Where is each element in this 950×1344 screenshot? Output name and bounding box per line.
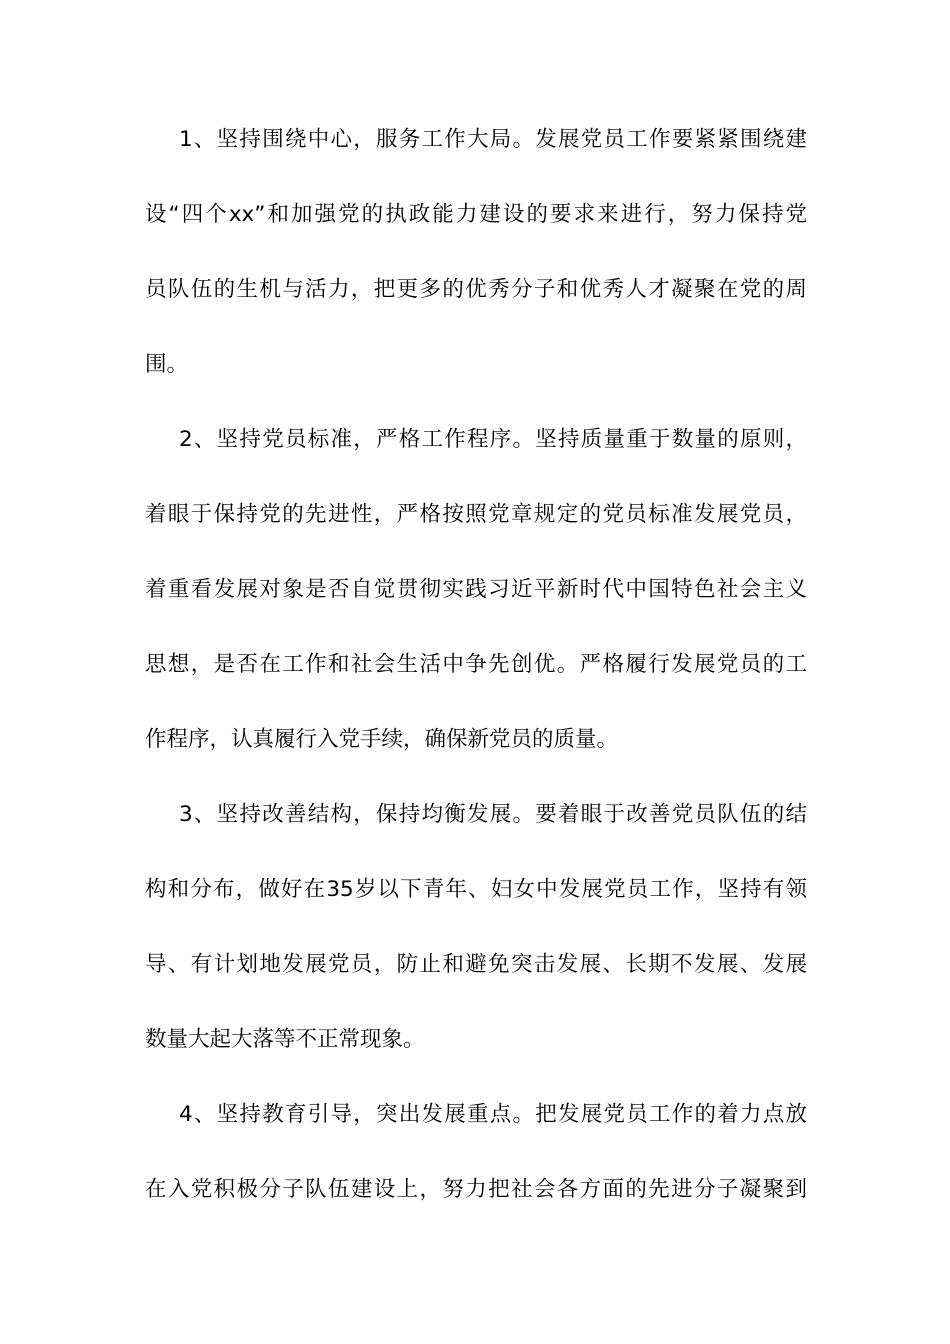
text-line: 构和分布，做好在35岁以下青年、妇女中发展党员工作，坚持有领 [145,872,807,947]
text-line: 1、坚持围绕中心，服务工作大局。发展党员工作要紧紧围绕建 [145,122,807,197]
text-line: 2、坚持党员标准，严格工作程序。坚持质量重于数量的原则， [145,422,807,497]
paragraph-3: 3、坚持改善结构，保持均衡发展。要着眼于改善党员队伍的结 构和分布，做好在35岁… [145,797,807,1097]
text-line: 设“四个xx”和加强党的执政能力建设的要求来进行，努力保持党 [145,197,807,272]
text-line: 围。 [145,347,807,422]
text-line: 着重看发展对象是否自觉贯彻实践习近平新时代中国特色社会主义 [145,572,807,647]
text-line: 4、坚持教育引导，突出发展重点。把发展党员工作的着力点放 [145,1097,807,1172]
document-page: 1、坚持围绕中心，服务工作大局。发展党员工作要紧紧围绕建 设“四个xx”和加强党… [0,0,950,1344]
text-line: 作程序，认真履行入党手续，确保新党员的质量。 [145,722,807,797]
text-line: 着眼于保持党的先进性，严格按照党章规定的党员标准发展党员， [145,497,807,572]
text-line: 在入党积极分子队伍建设上，努力把社会各方面的先进分子凝聚到 [145,1172,807,1247]
text-line: 导、有计划地发展党员，防止和避免突击发展、长期不发展、发展 [145,947,807,1022]
text-line: 3、坚持改善结构，保持均衡发展。要着眼于改善党员队伍的结 [145,797,807,872]
text-line: 思想，是否在工作和社会生活中争先创优。严格履行发展党员的工 [145,647,807,722]
paragraph-4: 4、坚持教育引导，突出发展重点。把发展党员工作的着力点放 在入党积极分子队伍建设… [145,1097,807,1247]
text-line: 数量大起大落等不正常现象。 [145,1022,807,1097]
paragraph-1: 1、坚持围绕中心，服务工作大局。发展党员工作要紧紧围绕建 设“四个xx”和加强党… [145,122,807,422]
text-line: 员队伍的生机与活力，把更多的优秀分子和优秀人才凝聚在党的周 [145,272,807,347]
paragraph-2: 2、坚持党员标准，严格工作程序。坚持质量重于数量的原则， 着眼于保持党的先进性，… [145,422,807,797]
document-body: 1、坚持围绕中心，服务工作大局。发展党员工作要紧紧围绕建 设“四个xx”和加强党… [145,122,807,1247]
